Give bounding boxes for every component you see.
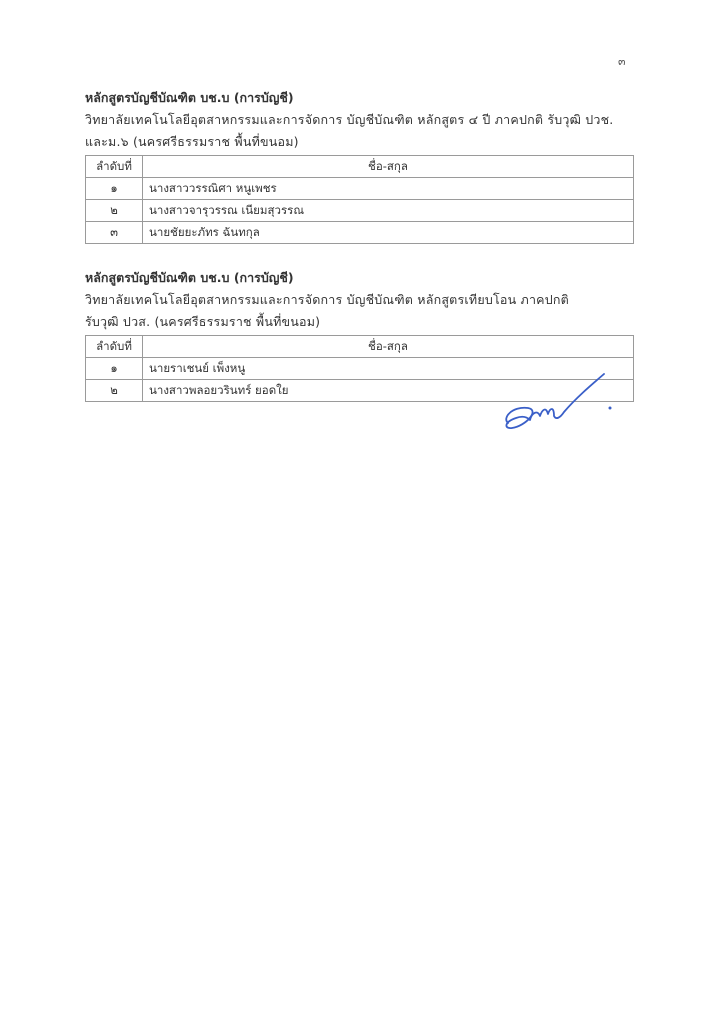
description-line: รับวุฒิ ปวส. (นครศรีธรรมราช พื้นที่ขนอม) xyxy=(85,311,635,335)
column-header-number: ลำดับที่ xyxy=(86,336,143,358)
row-name: นางสาววรรณิศา หนูเพชร xyxy=(143,178,634,200)
page-number: ๓ xyxy=(618,52,626,70)
table-row: ๑ นางสาววรรณิศา หนูเพชร xyxy=(86,178,634,200)
row-number: ๑ xyxy=(86,358,143,380)
row-name: นางสาวจารุวรรณ เนียมสุวรรณ xyxy=(143,200,634,222)
row-number: ๓ xyxy=(86,222,143,244)
description-line: วิทยาลัยเทคโนโลยีอุตสาหกรรมและการจัดการ … xyxy=(85,289,635,311)
column-header-name: ชื่อ-สกุล xyxy=(143,336,634,358)
table-header-row: ลำดับที่ ชื่อ-สกุล xyxy=(86,336,634,358)
table-row: ๓ นายชัยยะภัทร ฉันทกุล xyxy=(86,222,634,244)
row-number: ๑ xyxy=(86,178,143,200)
description-line: และม.๖ (นครศรีธรรมราช พื้นที่ขนอม) xyxy=(85,131,635,155)
signature-stroke xyxy=(506,374,604,428)
column-header-name: ชื่อ-สกุล xyxy=(143,156,634,178)
column-header-number: ลำดับที่ xyxy=(86,156,143,178)
row-number: ๒ xyxy=(86,380,143,402)
names-table: ลำดับที่ ชื่อ-สกุล ๑ นางสาววรรณิศา หนูเพ… xyxy=(85,155,634,244)
description-line: วิทยาลัยเทคโนโลยีอุตสาหกรรมและการจัดการ … xyxy=(85,109,635,131)
signature-icon xyxy=(498,368,618,438)
row-name: นายชัยยะภัทร ฉันทกุล xyxy=(143,222,634,244)
section-description: วิทยาลัยเทคโนโลยีอุตสาหกรรมและการจัดการ … xyxy=(85,289,635,335)
section-title: หลักสูตรบัญชีบัณฑิต บช.บ (การบัญชี) xyxy=(85,267,635,289)
section-description: วิทยาลัยเทคโนโลยีอุตสาหกรรมและการจัดการ … xyxy=(85,109,635,155)
section-title: หลักสูตรบัญชีบัณฑิต บช.บ (การบัญชี) xyxy=(85,87,635,109)
table-row: ๒ นางสาวจารุวรรณ เนียมสุวรรณ xyxy=(86,200,634,222)
section-1: หลักสูตรบัญชีบัณฑิต บช.บ (การบัญชี) วิทย… xyxy=(85,87,635,244)
table-header-row: ลำดับที่ ชื่อ-สกุล xyxy=(86,156,634,178)
row-number: ๒ xyxy=(86,200,143,222)
